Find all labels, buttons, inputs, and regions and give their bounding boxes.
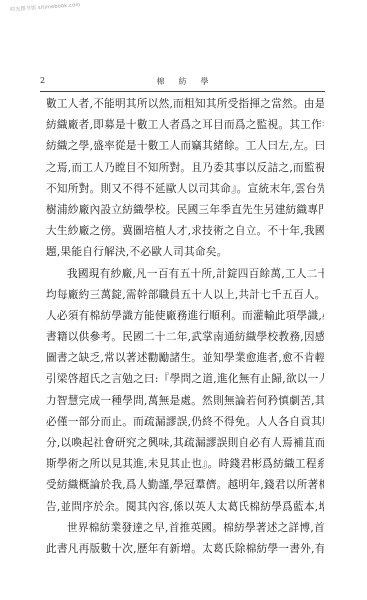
text-line: 人必須有棉紡學識方能使廠務進行順利。而灌輸此項學識,必須有專門 — [46, 306, 324, 327]
text-line: 受紡織概論於我,爲人勤謹,學冠羣儕。越明年,錢君以所著棉紡學相 — [46, 475, 324, 496]
text-line: 引梁啓超氏之言勉之曰:『學問之道,進化無有止歸,欲以一人一時之精 — [46, 369, 324, 390]
text-line: 不知所對。則又不得不延歐人以司其命』。宣統末年,雲台先生就上海楊 — [46, 179, 324, 200]
text-line: 之焉,而工人乃瞠目不知所對。且乃委其事以反詰之,而監視者從瞠目 — [46, 158, 324, 179]
text-line: 必僅一部分而止。而疏漏謬誤,仍終不得免。人人各自貢其所得之一部 — [46, 412, 324, 433]
text-line: 數工人者,不能明其所以然,而粗知其所受指揮之當然。由是我之稔營 — [46, 94, 324, 115]
paragraph-start-line: 我國現有紗廠,凡一百有五十所,計錠四百餘萬,工人二十餘萬,平 — [46, 264, 324, 285]
text-line: 斯學術之所以見其進,未見其止也』。時錢君彬爲紡織工程系一年級生, — [46, 454, 324, 475]
running-title: 棉紡學 — [40, 76, 325, 87]
header-rule — [40, 91, 325, 92]
text-line: 告,並問序於余。閱其內容,係以英人太葛氏棉紡學爲藍本,增編而成。 — [46, 497, 324, 518]
text-line: 紡織廠者,即募是十數工人者爲之耳目而爲之監視。其工作者都不習於 — [46, 115, 324, 136]
text-line: 樹浦紗廠內設立紡織學校。民國三年季直先生另建紡織專門學校於南通 — [46, 200, 324, 221]
text-line: 題,果能自行解決,不必歐人司其命矣。 — [46, 242, 324, 263]
text-line: 圖書之缺乏,常以著述勸勵諸生。並知學業愈進者,愈不肯輕於著述。因 — [46, 348, 324, 369]
text-line: 書籍以供參考。民國二十二年,武掌南通紡織學校教務,因感我國紡織 — [46, 327, 324, 348]
text-line: 大生紗廠之傍。冀圖培植人才,求技術之自立。不十年,我國紗廠技術問 — [46, 221, 324, 242]
text-line: 均每廠約三萬錠,需幹部職員五十人以上,共計七千五百人。此七千餘 — [46, 285, 324, 306]
text-line: 分,以喚起社會研究之興味,其疏漏謬誤則自必有人焉補苴而匡正之。 — [46, 433, 324, 454]
text-line: 此書凡再版數十次,歷年有新增。太葛氏除棉紡學一書外,有棉紡機械 — [46, 539, 324, 560]
text-line: 力智慧完成一種學問,萬無是處。然則無論若何矜慎劇苦,其所得者亦 — [46, 391, 324, 412]
text-line: 紡織之學,盛率從是十數工人而竊其緒餘。工人曰左,左。曰右,右。或否 — [46, 136, 324, 157]
body-text: 數工人者,不能明其所以然,而粗知其所受指揮之當然。由是我之稔營 紡織廠者,即募是… — [46, 94, 324, 560]
paragraph-start-line: 世界棉紡業發達之早,首推英國。棉紡學著述之詳博,首推太葛氏。 — [46, 518, 324, 539]
page-header: 2 棉紡學 — [40, 76, 325, 90]
watermark: 时光图书馆 sitimebook.com — [10, 1, 81, 13]
